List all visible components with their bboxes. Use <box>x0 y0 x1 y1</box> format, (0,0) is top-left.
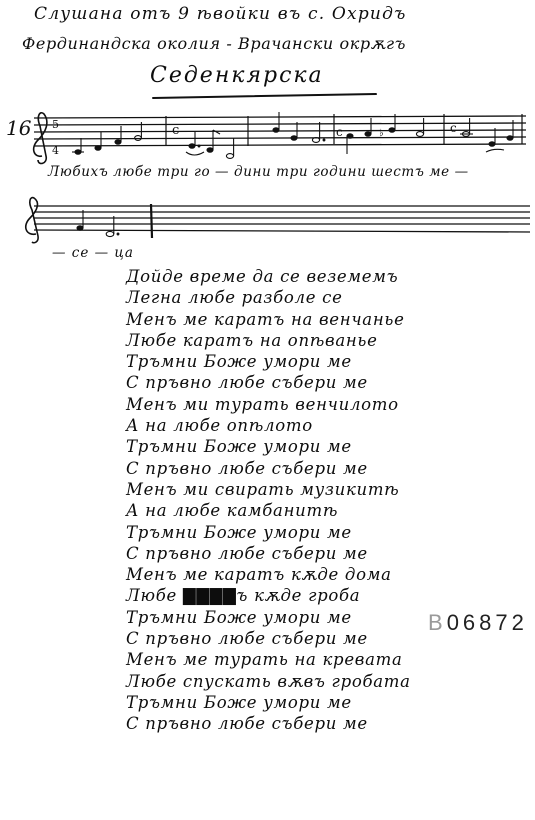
treble-clef-icon <box>34 113 47 164</box>
lyrics-system-2: — се — ца <box>52 245 134 261</box>
verse-line: Менъ ме турать на кревата <box>126 649 486 670</box>
music-staff-system-1: 5 4 c c ♭ c <box>26 108 531 168</box>
verse-line: Тръмни Боже умори ме <box>126 522 486 543</box>
verse-line: Любе спускать вѫвъ гробата <box>126 671 486 692</box>
lyrics-system-1: Любихъ любе три го — дини три години шес… <box>48 164 469 180</box>
verse-line: Легна любе разболе се <box>126 287 486 308</box>
verse-line: Тръмни Боже умори ме <box>126 351 486 372</box>
verse-line: А на любе камбанитѣ <box>126 500 486 521</box>
svg-text:c: c <box>336 125 343 139</box>
verse-line: С пръвно любе събери ме <box>126 458 486 479</box>
verse-line: Тръмни Боже умори ме <box>126 436 486 457</box>
verse-line: С пръвно любе събери ме <box>126 372 486 393</box>
verse-line: Тръмни Боже умори ме <box>126 692 486 713</box>
svg-text:♭: ♭ <box>379 128 384 139</box>
treble-clef-icon <box>26 198 38 243</box>
time-signature-top: 5 <box>52 118 59 131</box>
verse-line: С пръвно любе събери ме <box>126 543 486 564</box>
verse-line: А на любе опѣлото <box>126 415 486 436</box>
time-signature-bottom: 4 <box>52 144 59 157</box>
verse-line: Менъ ме каратъ на венчанье <box>126 309 486 330</box>
verse-line: Любе ▇▇▇▇ъ кѫде гроба <box>126 585 486 606</box>
svg-text:c: c <box>172 123 179 138</box>
song-title: Седенкярска <box>150 63 324 88</box>
title-underline <box>152 93 377 99</box>
music-staff-system-2 <box>18 194 533 246</box>
stamp-number: 06872 <box>447 610 528 635</box>
verse-line: Любе каратъ на опѣванье <box>126 330 486 351</box>
verse-line: Менъ ме каратъ кѫде дома <box>126 564 486 585</box>
verse-line: Дойде време да се веземемъ <box>126 266 486 287</box>
archive-number-stamp: В06872 <box>428 610 528 636</box>
verse-line: С пръвно любе събери ме <box>126 713 486 734</box>
verse-line: Менъ ми турать венчилото <box>126 394 486 415</box>
collection-note-line1: Слушана отъ 9 ѣвойки въ с. Охридъ <box>34 4 407 24</box>
svg-text:c: c <box>450 121 457 135</box>
collection-note-line2: Фердинандска околия - Врачански окрѫгъ <box>22 34 406 53</box>
verse-line: Менъ ми свирать музикитѣ <box>126 479 486 500</box>
verse-lines: Дойде време да се веземемъ Легна любе ра… <box>126 266 486 735</box>
stamp-prefix: В <box>428 610 447 635</box>
